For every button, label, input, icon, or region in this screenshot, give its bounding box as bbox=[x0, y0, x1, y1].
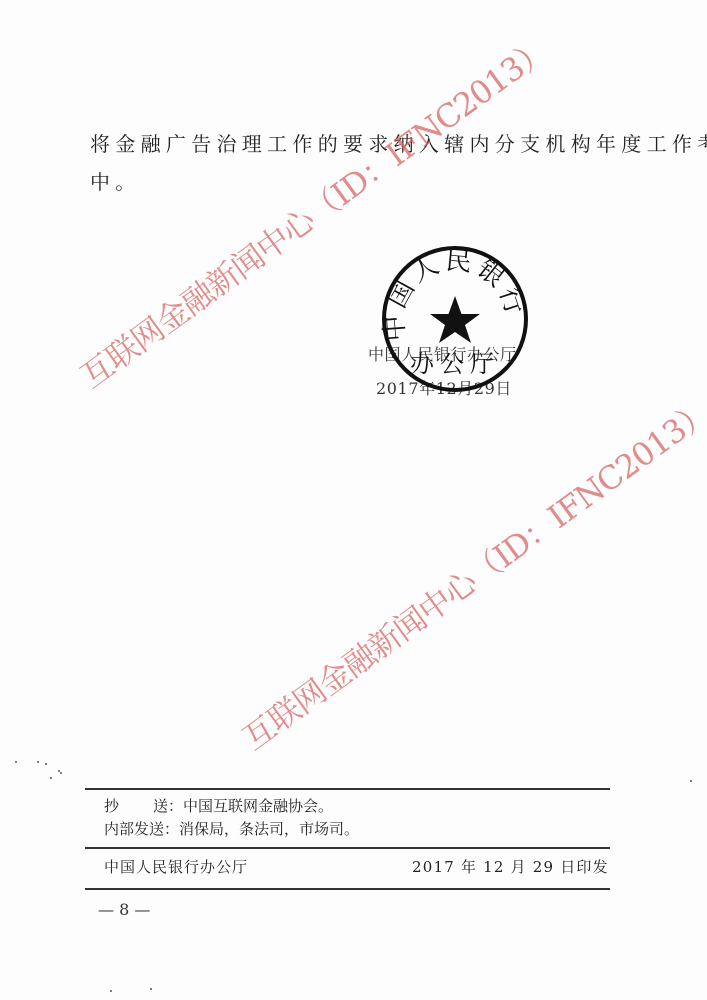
official-seal: 中国人民银行 办公厅 bbox=[380, 244, 530, 394]
star-icon bbox=[430, 296, 480, 343]
scan-speck bbox=[60, 772, 62, 774]
internal-label: 内部发送： bbox=[104, 820, 179, 838]
watermark: 互联网金融新闻中心（ID：IFNC2013） bbox=[232, 388, 707, 760]
internal-distribution-row: 内部发送：消保局，条法司，市场司。 bbox=[104, 818, 359, 839]
scan-speck bbox=[50, 777, 52, 779]
seal-center-text: 办公厅 bbox=[410, 350, 500, 378]
scan-speck bbox=[37, 761, 39, 763]
scan-speck bbox=[15, 761, 17, 763]
scan-speck bbox=[690, 780, 692, 782]
issuer: 中国人民银行办公厅 bbox=[104, 856, 248, 877]
seal-graphic: 中国人民银行 办公厅 bbox=[380, 244, 530, 394]
scan-speck bbox=[110, 990, 112, 992]
internal-value: 消保局，条法司，市场司。 bbox=[179, 820, 359, 838]
scan-speck bbox=[45, 763, 47, 765]
page-number: — 8 — bbox=[98, 900, 150, 919]
cc-label: 抄 bbox=[104, 795, 153, 816]
divider bbox=[85, 888, 610, 890]
divider bbox=[85, 788, 610, 790]
document-page: 将金融广告治理工作的要求纳入辖内分支机构年度工作考核之 中。 中国人民银行办公厅… bbox=[0, 0, 707, 1000]
cc-row: 抄送：中国互联网金融协会。 bbox=[104, 795, 333, 816]
body-text-line: 中。 bbox=[90, 170, 141, 194]
divider bbox=[85, 847, 610, 849]
cc-value: 中国互联网金融协会。 bbox=[183, 797, 333, 815]
scan-speck bbox=[150, 988, 152, 990]
issue-date: 2017 年 12 月 29 日印发 bbox=[412, 856, 609, 877]
cc-label-tail: 送： bbox=[153, 797, 183, 815]
